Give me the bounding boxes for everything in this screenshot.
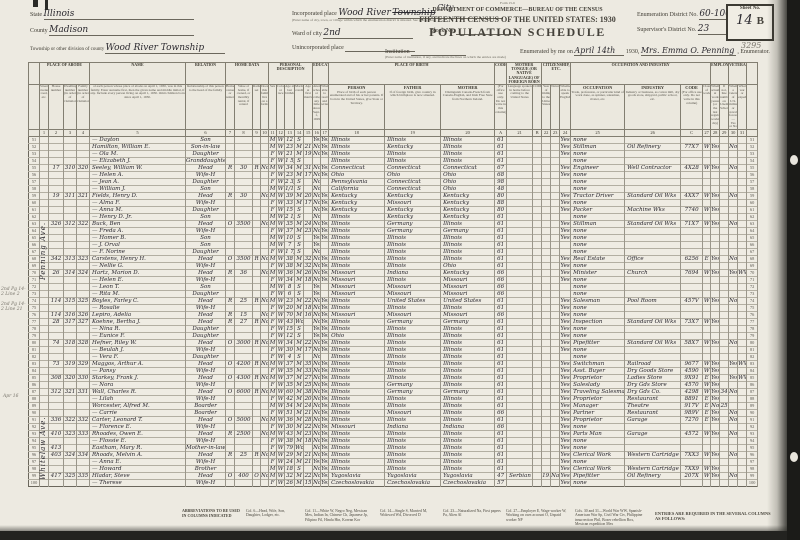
cell-family: 330 xyxy=(77,375,90,382)
cell-unemp xyxy=(720,228,729,235)
column-group-header: HOME DATA xyxy=(226,63,269,85)
cell-occ_code: 4570 xyxy=(681,382,703,389)
cell-race: W xyxy=(277,193,285,200)
cell-english: Yes xyxy=(560,319,571,326)
cell-race: W xyxy=(277,340,285,347)
cell-ln2: 92 xyxy=(747,424,758,431)
cell-sex: M xyxy=(269,256,277,263)
cell-english: Yes xyxy=(560,235,571,242)
cell-ln: 69 xyxy=(29,263,40,270)
cell-age_married: 22 xyxy=(304,424,313,431)
cell-sex: F xyxy=(269,326,277,333)
column-caption-mt_code: CODE xyxy=(533,84,542,129)
cell-relation: Wife-H xyxy=(186,347,226,354)
cell-name: Koehne, Bertha J. xyxy=(90,319,186,326)
cell-mother_tongue xyxy=(507,424,533,431)
cell-name: — Freda A. xyxy=(90,228,186,235)
cell-mt_code xyxy=(533,312,542,319)
cell-age: 36 xyxy=(285,270,295,277)
cell-occupation: Packer xyxy=(571,207,625,214)
cell-name: Lepiro, Adelia xyxy=(90,312,186,319)
column-group-header: CITIZENSHIP, ETC. xyxy=(542,63,571,85)
table-row: 90— CarrieBoarderFW51M21NoYesIllinoisMis… xyxy=(29,410,758,417)
cell-war xyxy=(738,424,747,431)
cell-occ_code xyxy=(681,333,703,340)
cell-industry xyxy=(625,214,681,221)
cell-unemp xyxy=(720,249,729,256)
enumerator-name: Mrs. Emma O. Penning xyxy=(641,46,735,55)
cell-ln: 60 xyxy=(29,200,40,207)
cell-relation: Head xyxy=(186,473,226,480)
cell-english: Yes xyxy=(560,368,571,375)
cell-bp_person: Missouri xyxy=(329,284,385,291)
cell-family xyxy=(77,200,90,207)
cell-war xyxy=(738,158,747,165)
cell-own_rent xyxy=(226,291,235,298)
cell-race: W xyxy=(277,459,285,466)
cell-family xyxy=(77,382,90,389)
cell-marital: M xyxy=(295,389,304,396)
cell-unemp xyxy=(720,263,729,270)
cell-age_married: 22 xyxy=(304,340,313,347)
cell-english: Yes xyxy=(560,207,571,214)
cell-veteran xyxy=(729,438,738,445)
cell-mother_tongue xyxy=(507,361,533,368)
cell-class: W xyxy=(703,452,711,459)
cell-war xyxy=(738,438,747,445)
cell-war xyxy=(738,396,747,403)
cell-sex: M xyxy=(269,361,277,368)
cell-mt_code xyxy=(533,186,542,193)
street-name-upper: Penning Ave. xyxy=(39,140,47,280)
cell-bp_mother: Illinois xyxy=(441,221,495,228)
cell-ln2: 55 xyxy=(747,165,758,172)
cell-radio xyxy=(253,207,261,214)
cell-ln: 72 xyxy=(29,284,40,291)
column-group-header: OCCUPATION AND INDUSTRY xyxy=(571,63,711,85)
scan-smudge-1 xyxy=(33,0,38,7)
cell-farm: No xyxy=(261,375,269,382)
cell-relation: Wife-H xyxy=(186,263,226,270)
cell-relation: Wife-H xyxy=(186,480,226,487)
cell-mother_tongue xyxy=(507,438,533,445)
cell-radio xyxy=(253,151,261,158)
cell-age_married: 16 xyxy=(304,312,313,319)
cell-veteran xyxy=(729,424,738,431)
cell-class xyxy=(703,480,711,487)
cell-sex: F xyxy=(269,200,277,207)
cell-marital: S xyxy=(295,284,304,291)
cell-ln: 99 xyxy=(29,473,40,480)
cell-age_married xyxy=(304,326,313,333)
cell-dwelling xyxy=(64,410,77,417)
cell-naturalization xyxy=(551,298,560,305)
cell-immigration xyxy=(542,242,551,249)
cell-mt_code xyxy=(533,410,542,417)
column-number: 27 xyxy=(703,130,711,137)
cell-marital: M xyxy=(295,193,304,200)
cell-sex: M xyxy=(269,340,277,347)
cell-value xyxy=(235,207,253,214)
cell-age_married xyxy=(304,186,313,193)
cell-school: No xyxy=(313,403,321,410)
cell-unemp xyxy=(720,438,729,445)
cell-value xyxy=(235,410,253,417)
cell-bp_mother: Illinois xyxy=(441,403,495,410)
cell-unemp: 25 xyxy=(720,403,729,410)
cell-family: 329 xyxy=(77,361,90,368)
cell-mt_code xyxy=(533,284,542,291)
cell-war xyxy=(738,340,747,347)
cell-bp_person: Illinois xyxy=(329,137,385,144)
cell-class: E xyxy=(703,256,711,263)
cell-house xyxy=(49,172,64,179)
cell-name: — Rosalie xyxy=(90,305,186,312)
cell-veteran xyxy=(729,333,738,340)
ward-value: 2nd xyxy=(323,28,340,38)
cell-immigration xyxy=(542,144,551,151)
cell-veteran xyxy=(729,326,738,333)
cell-bp_person: Illinois xyxy=(329,151,385,158)
cell-mother_tongue xyxy=(507,151,533,158)
cell-unemp xyxy=(720,354,729,361)
cell-relation: Son xyxy=(186,137,226,144)
cell-own_rent xyxy=(226,480,235,487)
cell-at_work xyxy=(711,424,720,431)
cell-family xyxy=(77,354,90,361)
cell-race: W xyxy=(277,319,285,326)
cell-ln: 53 xyxy=(29,151,40,158)
table-row: 52Hamilton, William E.Son-in-lawMW23M21N… xyxy=(29,144,758,151)
cell-at_work: Yes xyxy=(711,368,720,375)
cell-occupation: none xyxy=(571,179,625,186)
cell-class xyxy=(703,263,711,270)
cell-ln: 89 xyxy=(29,403,40,410)
cell-mother_tongue: Serbian xyxy=(507,473,533,480)
table-row: 96403324334Rhoads, Melvin A.HeadR25RNoMW… xyxy=(29,452,758,459)
cell-value xyxy=(235,466,253,473)
cell-ln2: 68 xyxy=(747,256,758,263)
cell-radio xyxy=(253,200,261,207)
cell-mother_tongue xyxy=(507,249,533,256)
cell-age: 38 xyxy=(285,263,295,270)
cell-read_write: Yes xyxy=(321,424,329,431)
cell-dwelling xyxy=(64,151,77,158)
cell-sex: M xyxy=(269,193,277,200)
cell-bp_code: 61 xyxy=(495,389,507,396)
cell-english: Yes xyxy=(560,193,571,200)
cell-bp_person: Kentucky xyxy=(329,200,385,207)
table-row: 82— Vera F.DaughterFW4SNoIllinoisIllinoi… xyxy=(29,354,758,361)
cell-at_work xyxy=(711,151,720,158)
state-value: Illinois xyxy=(44,9,75,19)
cell-read_write: Yes xyxy=(321,480,329,487)
cell-industry xyxy=(625,438,681,445)
cell-at_work xyxy=(711,312,720,319)
cell-mother_tongue xyxy=(507,326,533,333)
cell-veteran xyxy=(729,445,738,452)
cell-race: W xyxy=(277,284,285,291)
cell-family xyxy=(77,445,90,452)
cell-unemp xyxy=(720,298,729,305)
cell-occ_code xyxy=(681,158,703,165)
cell-age_married: 26 xyxy=(304,270,313,277)
cell-name: — William J. xyxy=(90,186,186,193)
cell-sex: M xyxy=(269,473,277,480)
cell-occupation: none xyxy=(571,480,625,487)
cell-age_married: 33 xyxy=(304,368,313,375)
cell-relation: Son-in-law xyxy=(186,144,226,151)
column-caption-war: What war or expedition xyxy=(738,84,747,129)
cell-race: W xyxy=(277,221,285,228)
cell-bp_father: Czechoslovakia xyxy=(385,480,441,487)
cell-bp_mother: Illinois xyxy=(441,137,495,144)
cell-class: W xyxy=(703,431,711,438)
cell-farm xyxy=(261,326,269,333)
cell-english: Yes xyxy=(560,312,571,319)
cell-war xyxy=(738,193,747,200)
cell-ln2: 62 xyxy=(747,214,758,221)
cell-bp_mother: Illinois xyxy=(441,431,495,438)
cell-bp_mother: Illinois xyxy=(441,242,495,249)
cell-farm: No xyxy=(261,452,269,459)
column-caption-naturalization: Naturalization xyxy=(551,84,560,129)
cell-own_rent xyxy=(226,242,235,249)
cell-family xyxy=(77,291,90,298)
cell-war xyxy=(738,263,747,270)
cell-bp_code: 68 xyxy=(495,172,507,179)
cell-naturalization xyxy=(551,256,560,263)
cell-race: W xyxy=(277,172,285,179)
cell-read_write xyxy=(321,354,329,361)
cell-industry: Theatre xyxy=(625,403,681,410)
cell-age: 51 xyxy=(285,410,295,417)
cell-english: Yes xyxy=(560,137,571,144)
cell-family xyxy=(77,305,90,312)
cell-farm xyxy=(261,200,269,207)
cell-immigration xyxy=(542,424,551,431)
cell-radio xyxy=(253,312,261,319)
cell-occ_code xyxy=(681,305,703,312)
cell-bp_person: Illinois xyxy=(329,361,385,368)
cell-immigration xyxy=(542,298,551,305)
cell-sex: F xyxy=(269,158,277,165)
cell-marital: S xyxy=(295,291,304,298)
cell-occ_code: 6256 xyxy=(681,256,703,263)
cell-veteran xyxy=(729,242,738,249)
cell-unemp xyxy=(720,326,729,333)
cell-age: 23 xyxy=(285,144,295,151)
cell-read_write: Yes xyxy=(321,445,329,452)
cell-value xyxy=(235,445,253,452)
column-caption-mother_tongue: Language spoken in home before coming to… xyxy=(507,84,533,129)
cell-race: W xyxy=(277,403,285,410)
cell-own_rent xyxy=(226,438,235,445)
cell-naturalization xyxy=(551,214,560,221)
cell-name: Starkey, Frank J. xyxy=(90,375,186,382)
cell-class: W xyxy=(703,270,711,277)
cell-dwelling xyxy=(64,445,77,452)
cell-dwelling: 325 xyxy=(64,473,77,480)
cell-age_married xyxy=(304,249,313,256)
cell-occupation: Saleslady xyxy=(571,382,625,389)
cell-naturalization xyxy=(551,291,560,298)
cell-industry xyxy=(625,242,681,249)
cell-ln2: 84 xyxy=(747,368,758,375)
cell-name: — Rita M. xyxy=(90,291,186,298)
cell-radio xyxy=(253,291,261,298)
cell-bp_code: 66 xyxy=(495,277,507,284)
cell-veteran: No xyxy=(729,340,738,347)
cell-bp_father: Illinois xyxy=(385,333,441,340)
cell-value: 3000 xyxy=(235,340,253,347)
cell-dwelling: 314 xyxy=(64,270,77,277)
cell-radio xyxy=(253,235,261,242)
cell-age: 20 xyxy=(285,305,295,312)
cell-unemp xyxy=(720,256,729,263)
cell-age: 24 xyxy=(285,459,295,466)
cell-ln2: 97 xyxy=(747,459,758,466)
cell-veteran xyxy=(729,172,738,179)
census-scan-page: { "header": { "form_no": "Form 15-6", "d… xyxy=(0,0,800,540)
enumerated-date: April 14th xyxy=(574,46,615,55)
cell-marital: Wd xyxy=(295,319,304,326)
column-caption-relation: Relationship of this person to the head … xyxy=(186,84,226,129)
cell-english: Yes xyxy=(560,263,571,270)
cell-bp_father: Illinois xyxy=(385,445,441,452)
cell-race: W xyxy=(277,326,285,333)
cell-industry xyxy=(625,200,681,207)
cell-sex: F xyxy=(269,151,277,158)
cell-ln2: 93 xyxy=(747,431,758,438)
cell-marital: S xyxy=(295,249,304,256)
cell-ln: 80 xyxy=(29,340,40,347)
cell-bp_mother: Illinois xyxy=(441,151,495,158)
cell-bp_mother: Illinois xyxy=(441,256,495,263)
cell-immigration xyxy=(542,151,551,158)
cell-age_married: 23 xyxy=(304,228,313,235)
cell-ln: 83 xyxy=(29,361,40,368)
cell-race: W xyxy=(277,375,285,382)
unincorporated-label: Unincorporated place xyxy=(292,45,344,51)
cell-race: W xyxy=(277,431,285,438)
cell-unemp xyxy=(720,214,729,221)
cell-at_work xyxy=(711,137,720,144)
cell-value xyxy=(235,284,253,291)
cell-own_rent xyxy=(226,249,235,256)
cell-age_married: 31 xyxy=(304,165,313,172)
cell-bp_person: Illinois xyxy=(329,298,385,305)
cell-bp_mother: Illinois xyxy=(441,158,495,165)
cell-immigration xyxy=(542,333,551,340)
cell-immigration xyxy=(542,193,551,200)
scan-edge-shading xyxy=(767,0,787,540)
cell-occ_code: 58X7 xyxy=(681,340,703,347)
cell-sex: F xyxy=(269,445,277,452)
cell-ln: 54 xyxy=(29,158,40,165)
cell-mother_tongue xyxy=(507,165,533,172)
cell-sex: M xyxy=(269,144,277,151)
cell-unemp xyxy=(720,186,729,193)
cell-read_write: Yes xyxy=(321,235,329,242)
cell-relation: Daughter xyxy=(186,333,226,340)
cell-name: Hamilton, William E. xyxy=(90,144,186,151)
column-number: 13 xyxy=(285,130,295,137)
cell-age_married: 17 xyxy=(304,200,313,207)
cell-age: 32 xyxy=(285,473,295,480)
cell-family xyxy=(77,158,90,165)
cell-bp_code: 61 xyxy=(495,144,507,151)
dept-line: DEPARTMENT OF COMMERCE—BUREAU OF THE CEN… xyxy=(395,7,640,13)
cell-at_work xyxy=(711,305,720,312)
cell-immigration xyxy=(542,214,551,221)
cell-veteran xyxy=(729,354,738,361)
cell-class xyxy=(703,354,711,361)
abbrev-col6: Col. 6—Head, Wife, Son, Daughter, Lodger… xyxy=(246,509,300,518)
cell-age_married xyxy=(304,319,313,326)
cell-class: E xyxy=(703,410,711,417)
cell-radio xyxy=(253,438,261,445)
column-number: 4 xyxy=(77,130,90,137)
cell-school: No xyxy=(313,256,321,263)
cell-english: Yes xyxy=(560,452,571,459)
cell-race: W xyxy=(277,361,285,368)
cell-occ_code xyxy=(681,186,703,193)
cell-bp_father: Germany xyxy=(385,382,441,389)
cell-ln: 63 xyxy=(29,221,40,228)
cell-mt_code xyxy=(533,270,542,277)
cell-bp_mother: Ohio xyxy=(441,179,495,186)
cell-house xyxy=(49,242,64,249)
cell-read_write: Yes xyxy=(321,312,329,319)
cell-family xyxy=(77,396,90,403)
cell-class xyxy=(703,326,711,333)
state-field: State Illinois xyxy=(30,9,194,20)
cell-occ_code xyxy=(681,312,703,319)
cell-ln2: 54 xyxy=(747,158,758,165)
cell-ln2: 78 xyxy=(747,326,758,333)
cell-sex: F xyxy=(269,410,277,417)
cell-sex: F xyxy=(269,249,277,256)
cell-age_married: 18 xyxy=(304,305,313,312)
cell-read_write: Yes xyxy=(321,263,329,270)
cell-street xyxy=(40,284,49,291)
cell-own_rent: O xyxy=(226,361,235,368)
cell-industry: Church xyxy=(625,270,681,277)
cell-industry: Standard Oil Wks xyxy=(625,221,681,228)
cell-veteran: No xyxy=(729,221,738,228)
cell-name: — Nora xyxy=(90,382,186,389)
cell-unemp xyxy=(720,277,729,284)
cell-sex: M xyxy=(269,284,277,291)
cell-industry: Garage xyxy=(625,417,681,424)
cell-read_write: Yes xyxy=(321,137,329,144)
table-row: 58— William J.SonMW1/12SNoCaliforniaConn… xyxy=(29,186,758,193)
table-row: 97— Anna E.Wife-HFW24M21YesYesIllinoisIl… xyxy=(29,459,758,466)
cell-industry: Dry Goods Store xyxy=(625,368,681,375)
cell-at_work xyxy=(711,291,720,298)
cell-marital: M xyxy=(295,417,304,424)
cell-age: 15 xyxy=(285,207,295,214)
cell-radio xyxy=(253,284,261,291)
cell-occupation: none xyxy=(571,158,625,165)
column-caption-english: Whether able to speak English xyxy=(560,84,571,129)
cell-immigration xyxy=(542,480,551,487)
cell-relation: Head xyxy=(186,165,226,172)
column-caption-sex: Sex xyxy=(269,84,277,129)
incorporated-value: Wood River xyxy=(338,8,390,18)
institution-caption: (Enter name of institution, if any, and … xyxy=(385,56,515,60)
